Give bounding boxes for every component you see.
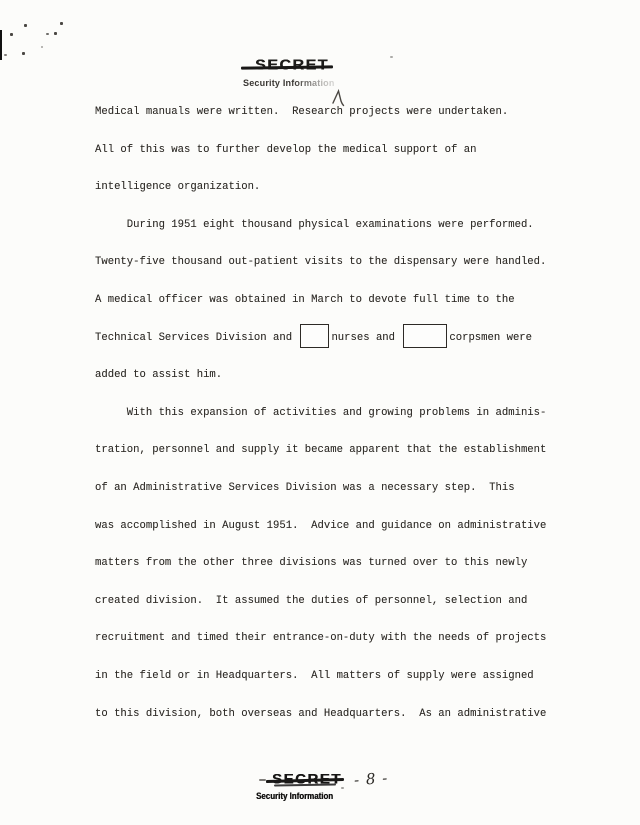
scan-speck	[46, 33, 49, 35]
text-line: matters from the other three divisions w…	[95, 545, 575, 583]
redaction-box	[403, 324, 447, 348]
text-line: During 1951 eight thousand physical exam…	[95, 207, 575, 245]
scan-speck	[22, 52, 25, 55]
text-line: All of this was to further develop the m…	[95, 132, 575, 170]
text-line: tration, personnel and supply it became …	[95, 432, 575, 470]
redaction-box	[300, 324, 329, 348]
security-information-top: Security Information	[243, 78, 335, 89]
scan-speck	[24, 24, 27, 27]
classification-stamp-top: SECRET	[255, 57, 329, 75]
text-line: in the field or in Headquarters. All mat…	[95, 658, 575, 696]
scan-speck	[41, 46, 43, 48]
page-number: - 8 -	[353, 769, 388, 789]
text-line: created division. It assumed the duties …	[95, 583, 575, 621]
scan-edge-artifact	[0, 30, 2, 60]
scan-speck	[60, 22, 63, 25]
document-page: SECRET Security Information Medical manu…	[0, 0, 640, 825]
security-information-bottom: Security Information	[256, 791, 333, 801]
scan-speck	[54, 32, 57, 35]
classification-stamp-bottom: SECRET	[272, 771, 342, 789]
scan-speck	[390, 56, 393, 58]
text-line: Twenty-five thousand out-patient visits …	[95, 244, 575, 282]
text-line: of an Administrative Services Division w…	[95, 470, 575, 508]
scan-speck	[10, 33, 13, 36]
text-line: Technical Services Division and nurses a…	[95, 320, 575, 358]
text-line: With this expansion of activities and gr…	[95, 395, 575, 433]
text-line: to this division, both overseas and Head…	[95, 696, 575, 734]
text-line: recruitment and timed their entrance-on-…	[95, 620, 575, 658]
text-line: Medical manuals were written. Research p…	[95, 94, 575, 132]
scan-speck	[259, 779, 266, 781]
text-line: intelligence organization.	[95, 169, 575, 207]
text-line: added to assist him.	[95, 357, 575, 395]
text-line: was accomplished in August 1951. Advice …	[95, 508, 575, 546]
text-line: A medical officer was obtained in March …	[95, 282, 575, 320]
document-body: Medical manuals were written. Research p…	[95, 94, 575, 733]
scan-speck	[4, 54, 7, 56]
